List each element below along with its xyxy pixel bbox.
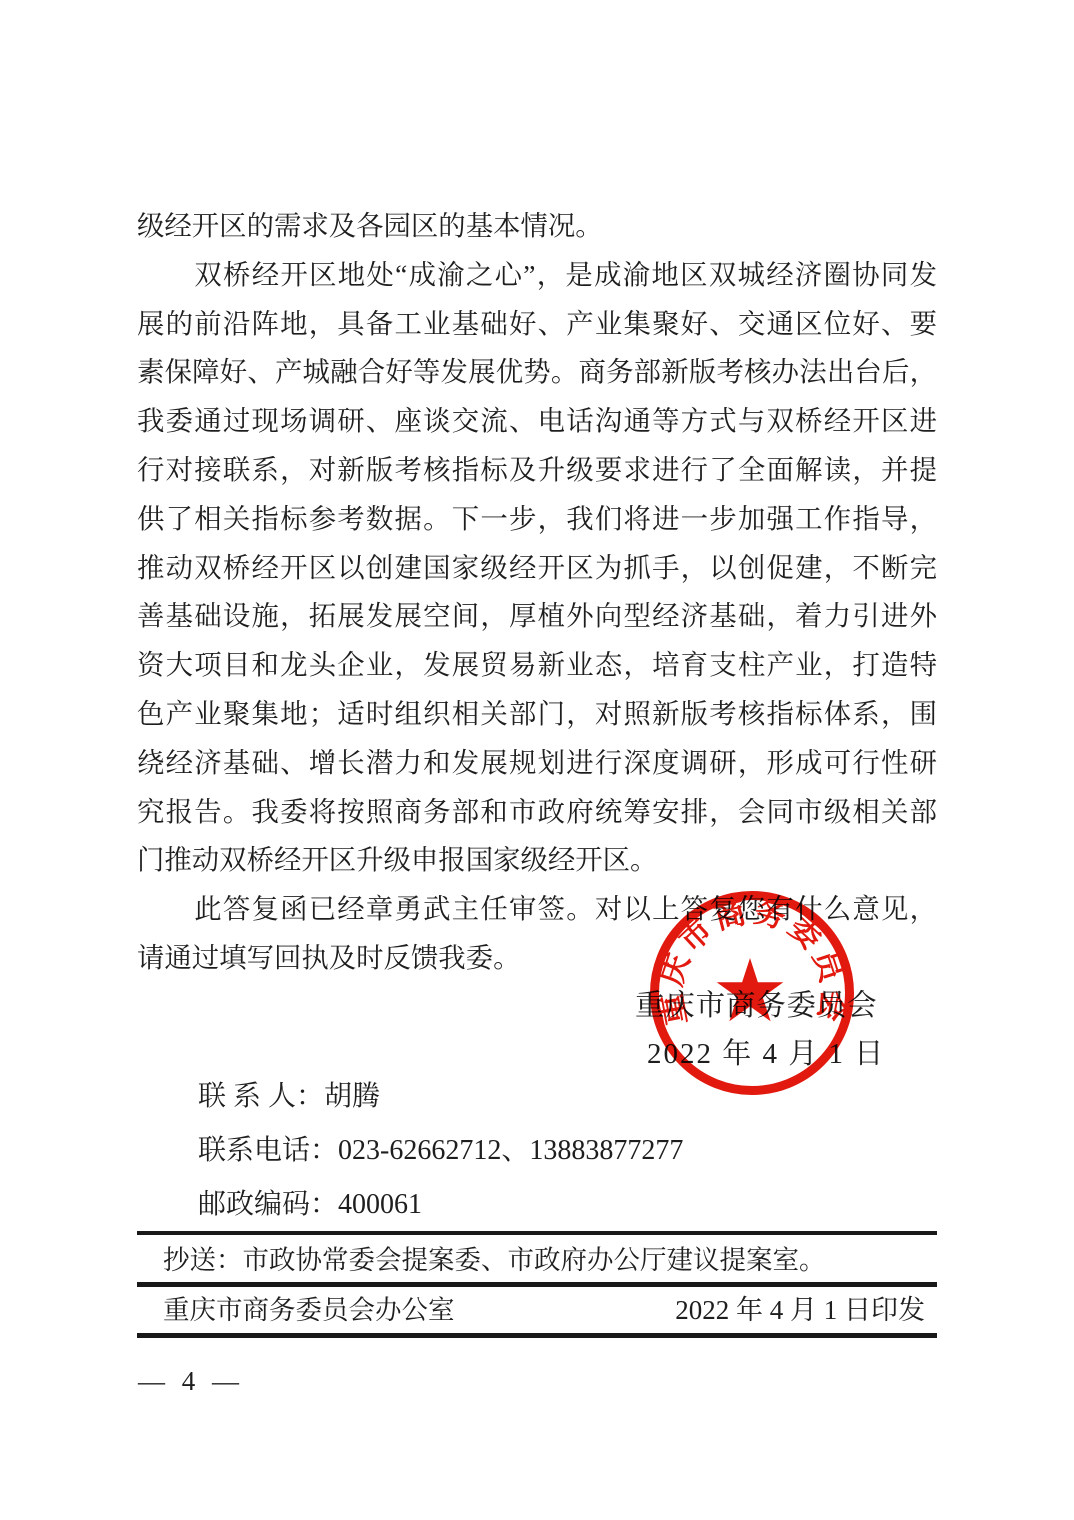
body-line: 行对接联系，对新版考核指标及升级要求进行了全面解读，并提	[137, 446, 937, 495]
body-line: 资大项目和龙头企业，发展贸易新业态，培育支柱产业，打造特	[137, 641, 937, 690]
footer-divider-middle	[137, 1282, 937, 1287]
body-line: 双桥经开区地处“成渝之心”，是成渝地区双城经济圈协同发	[137, 251, 937, 300]
cc-line: 抄送：市政协常委会提案委、市政府办公厅建议提案室。	[163, 1242, 937, 1278]
official-document-page: 级经开区的需求及各园区的基本情况。 双桥经开区地处“成渝之心”，是成渝地区双城经…	[0, 0, 1074, 1520]
body-line: 绕经济基础、增长潜力和发展规划进行深度调研，形成可行性研	[137, 739, 937, 788]
body-line: 究报告。我委将按照商务部和市政府统筹安排，会同市级相关部	[137, 788, 937, 837]
signature-organization: 重庆市商务委员会	[635, 982, 877, 1024]
body-line: 色产业聚集地；适时组织相关部门，对照新版考核指标体系，围	[137, 690, 937, 739]
letter-body: 级经开区的需求及各园区的基本情况。 双桥经开区地处“成渝之心”，是成渝地区双城经…	[137, 202, 937, 983]
body-line: 推动双桥经开区以创建国家级经开区为抓手，以创促建，不断完	[137, 544, 937, 593]
body-line: 请通过填写回执及时反馈我委。	[137, 934, 937, 983]
body-line: 展的前沿阵地，具备工业基础好、产业集聚好、交通区位好、要	[137, 300, 937, 349]
body-line: 级经开区的需求及各园区的基本情况。	[137, 202, 937, 251]
body-line: 善基础设施，拓展发展空间，厚植外向型经济基础，着力引进外	[137, 592, 937, 641]
issuing-office: 重庆市商务委员会办公室	[163, 1291, 455, 1329]
print-date: 2022 年 4 月 1 日印发	[675, 1291, 925, 1329]
body-line: 门推动双桥经开区升级申报国家级经开区。	[137, 836, 937, 885]
contact-block: 联 系 人：胡腾 联系电话：023-62662712、13883877277 邮…	[198, 1070, 683, 1232]
body-line: 此答复函已经章勇武主任审签。对以上答复您有什么意见，	[137, 885, 937, 934]
contact-person: 联 系 人：胡腾	[198, 1070, 683, 1124]
contact-postcode: 邮政编码：400061	[198, 1178, 683, 1232]
contact-phone: 联系电话：023-62662712、13883877277	[198, 1124, 683, 1178]
footer-office-row: 重庆市商务委员会办公室 2022 年 4 月 1 日印发	[163, 1291, 925, 1329]
page-number: — 4 —	[138, 1366, 244, 1397]
footer-divider-top	[137, 1231, 937, 1235]
footer-divider-bottom	[137, 1333, 937, 1338]
body-line: 供了相关指标参考数据。下一步，我们将进一步加强工作指导，	[137, 495, 937, 544]
signature-date: 2022 年 4 月 1 日	[647, 1031, 885, 1072]
body-line: 我委通过现场调研、座谈交流、电话沟通等方式与双桥经开区进	[137, 397, 937, 446]
body-line: 素保障好、产城融合好等发展优势。商务部新版考核办法出台后，	[137, 348, 937, 397]
